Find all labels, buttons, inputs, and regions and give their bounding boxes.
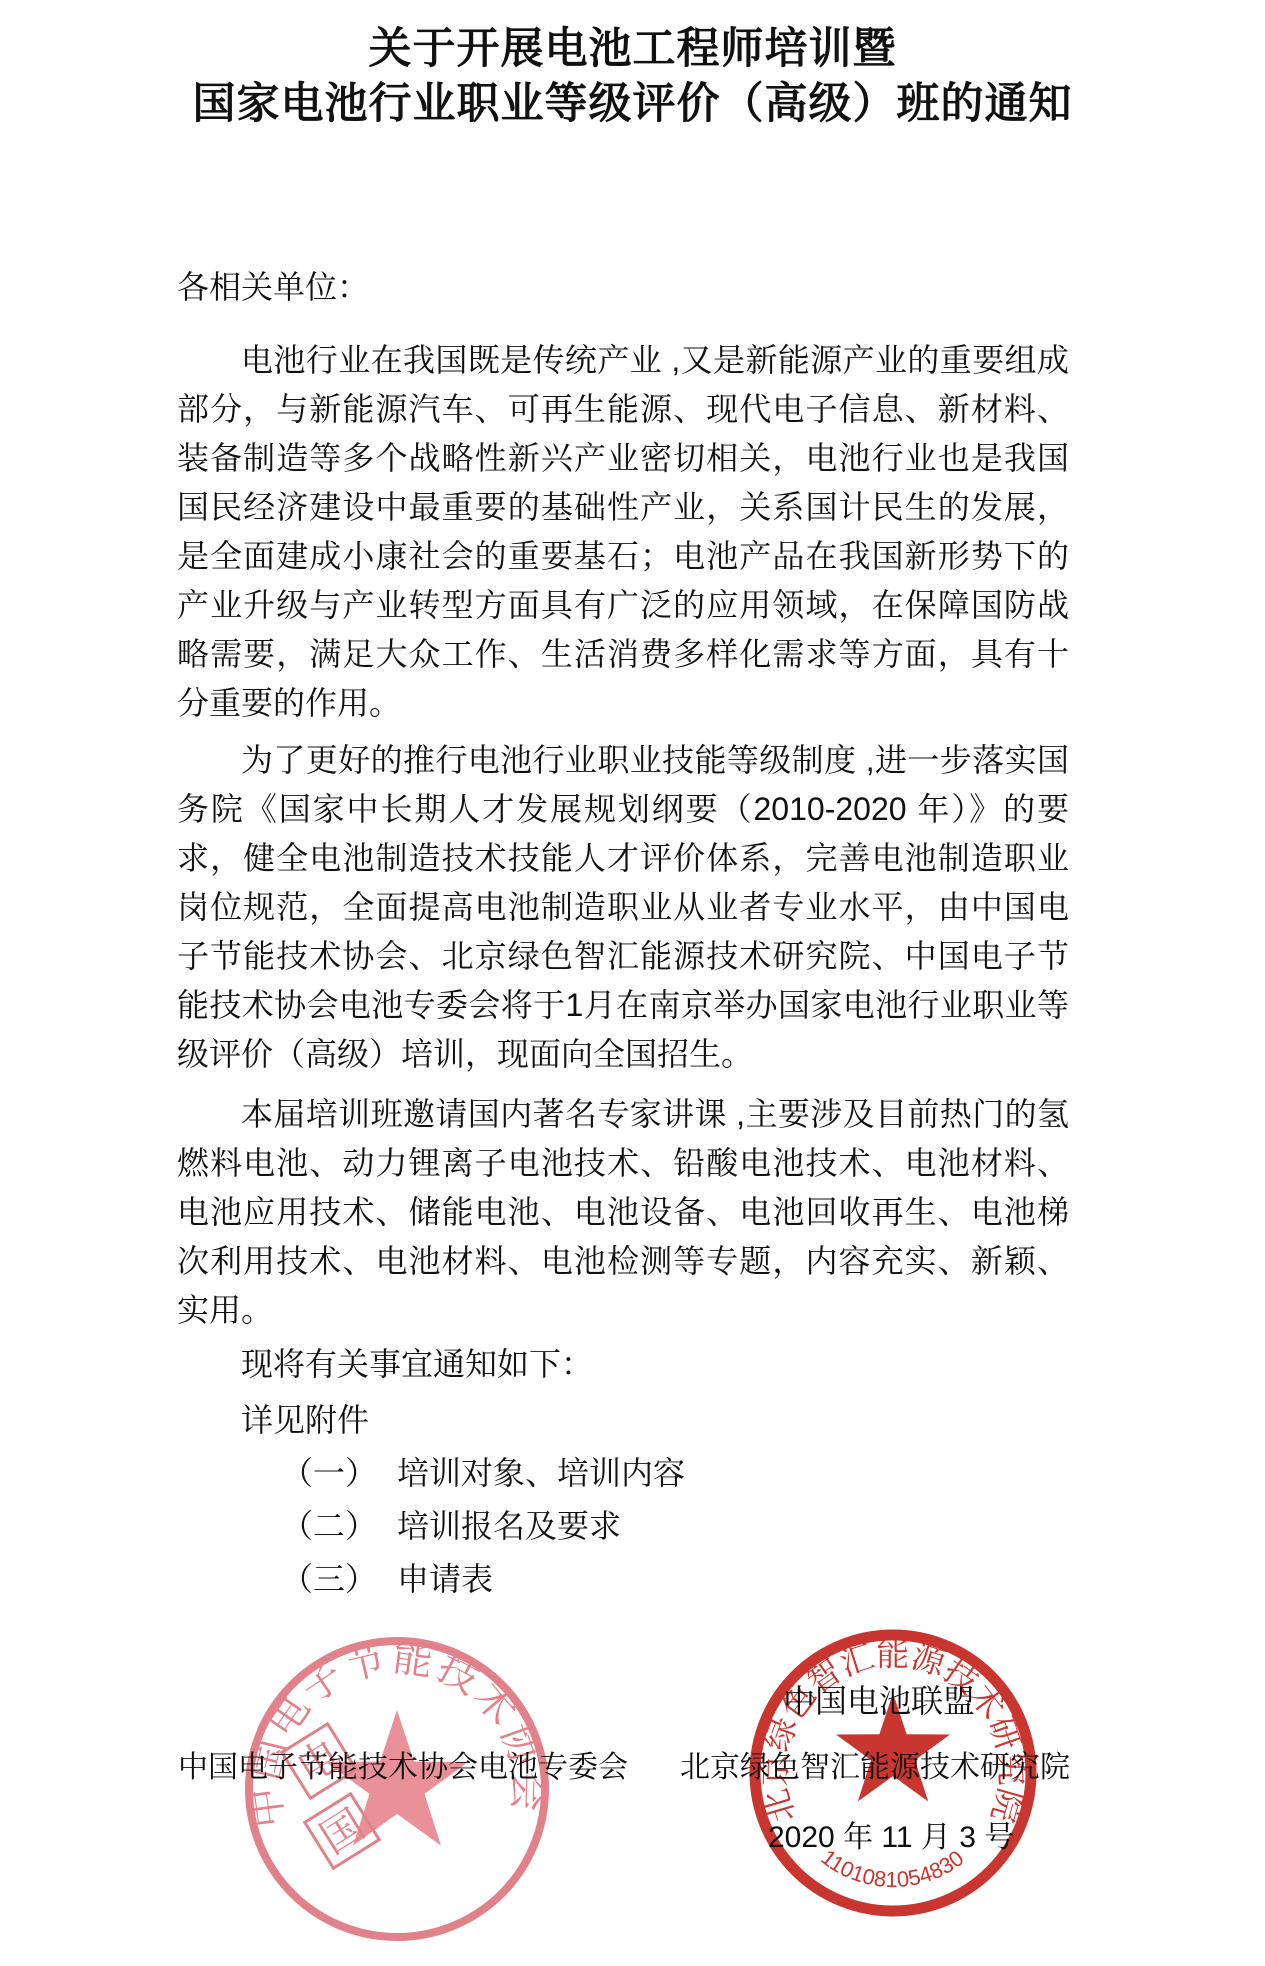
attachment-item: （一） 培训对象、培训内容: [281, 1447, 1069, 1500]
document-date: 2020 年 11 月 3 号: [768, 1812, 1014, 1856]
salutation: 各相关单位：: [177, 266, 369, 308]
alliance-name: 中国电池联盟: [783, 1676, 975, 1722]
attachment-item: （二） 培训报名及要求: [281, 1500, 1069, 1553]
attachment-item: （三） 申请表: [281, 1553, 1069, 1606]
attachment-num: （一）: [281, 1447, 377, 1500]
attachment-note: 详见附件: [177, 1394, 1069, 1447]
seal-inner-char: 国: [312, 1800, 373, 1862]
attachment-num: （二）: [281, 1500, 377, 1553]
notice-document: 关于开展电池工程师培训暨 国家电池行业职业等级评价（高级）班的通知 各相关单位：…: [0, 0, 1265, 1966]
attachment-text: 申请表: [397, 1553, 493, 1606]
paragraph-3: 本届培训班邀请国内著名专家讲课 ,主要涉及目前热门的氢燃料电池、动力锂离子电池技…: [177, 1090, 1069, 1335]
left-official-seal-stamp: 中国电子节能技术协会 电 国: [241, 1633, 553, 1950]
attachment-list: （一） 培训对象、培训内容 （二） 培训报名及要求 （三） 申请表: [177, 1447, 1069, 1606]
attachment-num: （三）: [281, 1553, 377, 1606]
paragraph-1: 电池行业在我国既是传统产业 ,又是新能源产业的重要组成部分，与新能源汽车、可再生…: [177, 336, 1069, 728]
right-organization-name: 北京绿色智汇能源技术研究院: [680, 1742, 1070, 1786]
title-line-1: 关于开展电池工程师培训暨: [0, 22, 1265, 77]
paragraph-2: 为了更好的推行电池行业职业技能等级制度 ,进一步落实国务院《国家中长期人才发展规…: [177, 736, 1069, 1079]
left-organization-name: 中国电子节能技术协会电池专委会: [178, 1742, 628, 1786]
notice-intro: 现将有关事宜通知如下：: [177, 1338, 1069, 1391]
document-title: 关于开展电池工程师培训暨 国家电池行业职业等级评价（高级）班的通知: [0, 22, 1265, 132]
left-seal-graphic: 中国电子节能技术协会 电 国: [241, 1633, 553, 1945]
attachment-text: 培训对象、培训内容: [397, 1447, 685, 1500]
title-line-2: 国家电池行业职业等级评价（高级）班的通知: [0, 77, 1265, 132]
document-body: 电池行业在我国既是传统产业 ,又是新能源产业的重要组成部分，与新能源汽车、可再生…: [177, 336, 1069, 1606]
attachment-text: 培训报名及要求: [397, 1500, 621, 1553]
